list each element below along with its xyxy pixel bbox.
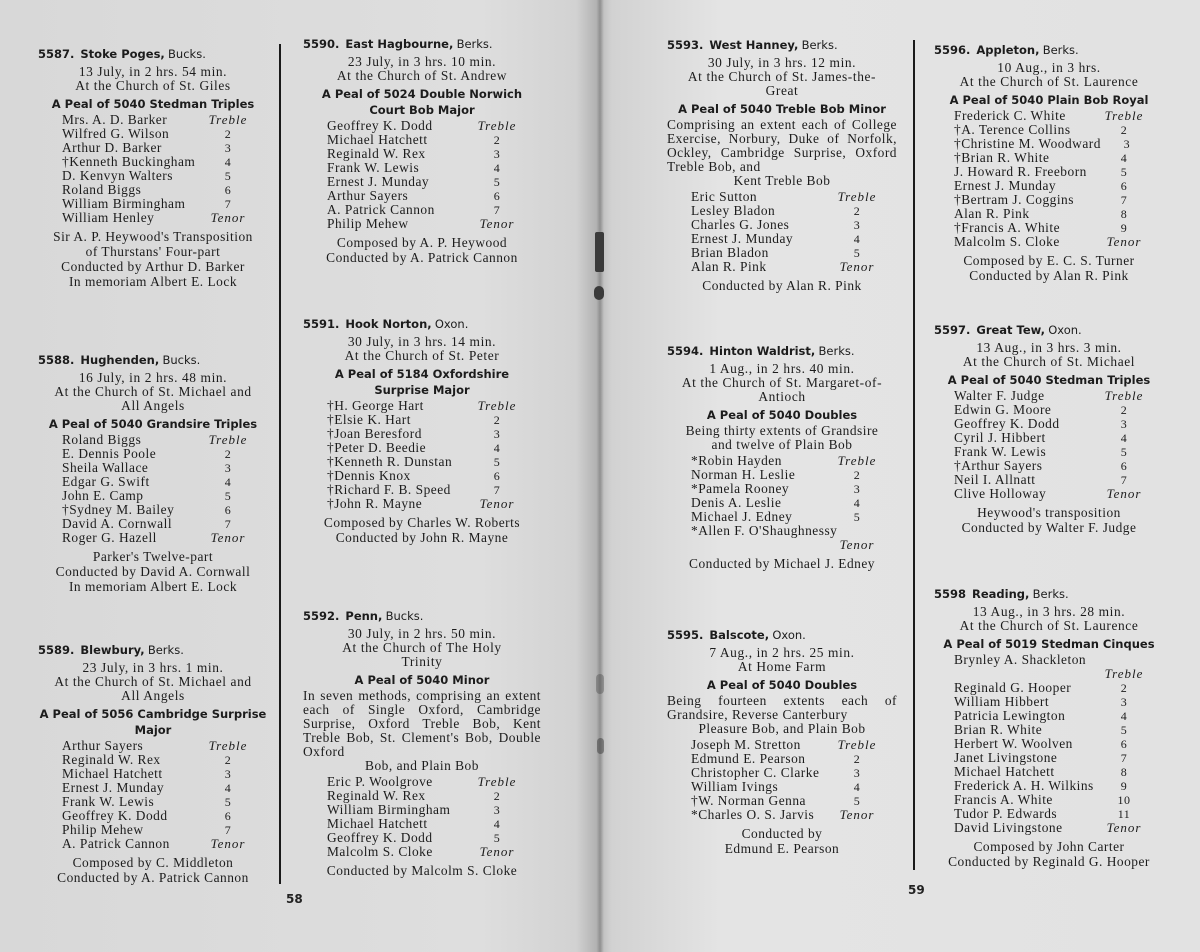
- ringer-name: Geoffrey K. Dodd: [327, 831, 433, 845]
- ringer-name: Eric P. Woolgrove: [327, 775, 433, 789]
- ringer-row: Philip Mehew7: [62, 823, 254, 837]
- ringer-list: Brynley A. ShackletonTrebleReginald G. H…: [934, 653, 1164, 835]
- ringer-row: Reginald G. Hooper2: [954, 681, 1150, 695]
- ringer-row: J. Howard R. Freeborn5: [954, 165, 1150, 179]
- bell-position: 5: [831, 794, 883, 808]
- peal-number: 5593.: [667, 38, 703, 52]
- ringer-row: Cyril J. Hibbert4: [954, 431, 1150, 445]
- place-name: Stoke Poges,: [80, 47, 164, 61]
- entry-header: 5595.Balscote, Oxon.: [667, 627, 897, 643]
- county-name: Berks.: [802, 38, 838, 52]
- bell-position: Tenor: [831, 808, 883, 822]
- ringer-row: John E. Camp5: [62, 489, 254, 503]
- county-name: Berks.: [457, 37, 493, 51]
- ringer-row: †John R. MayneTenor: [327, 497, 523, 511]
- bell-position: 6: [1098, 459, 1150, 473]
- ringer-row: Michael Hatchett4: [327, 817, 523, 831]
- peal-entry-5592: 5592.Penn, Bucks.30 July, in 2 hrs. 50 m…: [303, 608, 541, 878]
- ringer-name: †Brian R. White: [954, 151, 1049, 165]
- ringer-row: Michael J. Edney5: [691, 510, 883, 524]
- entry-note: Conducted by A. Patrick Cannon: [38, 870, 268, 885]
- ringer-name: †H. George Hart: [327, 399, 424, 413]
- ringer-row: Clive HollowayTenor: [954, 487, 1150, 501]
- ringer-row: Brian Bladon5: [691, 246, 883, 260]
- ringer-row: Francis A. White10: [954, 793, 1150, 807]
- ringer-name: †Arthur Sayers: [954, 459, 1042, 473]
- entry-note: Conducted by A. Patrick Cannon: [303, 250, 541, 265]
- entry-note: Edmund E. Pearson: [667, 841, 897, 856]
- ringer-row: Roland BiggsTreble: [62, 433, 254, 447]
- bell-position: Tenor: [202, 837, 254, 851]
- bell-position: 4: [831, 496, 883, 510]
- peal-title: A Peal of 5040 Doubles: [667, 408, 897, 422]
- bell-position: 2: [202, 447, 254, 461]
- date-duration: 30 July, in 3 hrs. 12 min.: [667, 56, 897, 70]
- bell-position: Tenor: [471, 217, 523, 231]
- entry-note: Conducted by Reginald G. Hooper: [934, 854, 1164, 869]
- ringer-name: Edwin G. Moore: [954, 403, 1051, 417]
- date-duration: 13 Aug., in 3 hrs. 3 min.: [934, 341, 1164, 355]
- bell-position: 3: [202, 767, 254, 781]
- ringer-name: Ernest J. Munday: [691, 232, 793, 246]
- ringer-name: Arthur D. Barker: [62, 141, 162, 155]
- peal-entry-5594: 5594.Hinton Waldrist, Berks.1 Aug., in 2…: [667, 343, 897, 571]
- ringer-row: Reginald W. Rex2: [327, 789, 523, 803]
- ringer-name: Geoffrey K. Dodd: [954, 417, 1060, 431]
- bell-position: 2: [471, 413, 523, 427]
- place-name: Great Tew,: [976, 323, 1045, 337]
- bell-position: 7: [1098, 193, 1150, 207]
- county-name: Oxon.: [772, 628, 805, 642]
- bell-position: Treble: [1098, 109, 1150, 123]
- entry-note: of Thurstans' Four-part: [38, 244, 268, 259]
- place-name: Penn,: [345, 609, 382, 623]
- bell-position: 5: [202, 169, 254, 183]
- entry-note: In memoriam Albert E. Lock: [38, 274, 268, 289]
- ringer-name: Reginald G. Hooper: [954, 681, 1071, 695]
- entry-note: Conducted by Alan R. Pink: [667, 278, 897, 293]
- ringer-row: Wilfred G. Wilson2: [62, 127, 254, 141]
- binding-staple: [595, 232, 604, 272]
- ringer-row: Frank W. Lewis5: [954, 445, 1150, 459]
- bell-position: 7: [1098, 751, 1150, 765]
- bell-position: 3: [831, 218, 883, 232]
- entry-note: Heywood's transposition: [934, 505, 1164, 520]
- ringer-name: Walter F. Judge: [954, 389, 1045, 403]
- peal-entry-5591: 5591.Hook Norton, Oxon.30 July, in 3 hrs…: [303, 316, 541, 545]
- ringer-name: William Birmingham: [327, 803, 450, 817]
- church-line: At the Church of St. Laurence: [934, 619, 1164, 633]
- entry-note: Conducted by Alan R. Pink: [934, 268, 1164, 283]
- ringer-row: Geoffrey K. DoddTreble: [327, 119, 523, 133]
- county-name: Berks.: [148, 643, 184, 657]
- ringer-row: †Peter D. Beedie4: [327, 441, 523, 455]
- entry-note: Conducted by David A. Cornwall: [38, 564, 268, 579]
- peal-number: 5588.: [38, 353, 74, 367]
- method-description: In seven methods, comprising an extent e…: [303, 689, 541, 773]
- date-duration: 1 Aug., in 2 hrs. 40 min.: [667, 362, 897, 376]
- entry-note: Composed by E. C. S. Turner: [934, 253, 1164, 268]
- bell-position: Treble: [471, 775, 523, 789]
- ringer-list: Eric SuttonTrebleLesley Bladon2Charles G…: [667, 190, 897, 274]
- description-line: Being thirty extents of Grandsire: [667, 424, 897, 438]
- entry-note: Parker's Twelve-part: [38, 549, 268, 564]
- ringer-list: Walter F. JudgeTrebleEdwin G. Moore2Geof…: [934, 389, 1164, 501]
- bell-position: 9: [1098, 779, 1150, 793]
- description-line: Pleasure Bob, and Plain Bob: [667, 722, 897, 736]
- ringer-name: †Joan Beresford: [327, 427, 422, 441]
- bell-position: Treble: [831, 454, 883, 468]
- ringer-name: Neil I. Allnatt: [954, 473, 1036, 487]
- place-name: Blewbury,: [80, 643, 144, 657]
- ringer-name: †Peter D. Beedie: [327, 441, 426, 455]
- peal-entry-5595: 5595.Balscote, Oxon.7 Aug., in 2 hrs. 25…: [667, 627, 897, 856]
- ringer-row: Patricia Lewington4: [954, 709, 1150, 723]
- bell-position: 6: [1098, 737, 1150, 751]
- ringer-name: Brian R. White: [954, 723, 1042, 737]
- bell-position: Tenor: [831, 260, 883, 274]
- ringer-name: David A. Cornwall: [62, 517, 172, 531]
- bell-position: Tenor: [1098, 821, 1150, 835]
- ringer-name: Michael Hatchett: [62, 767, 163, 781]
- peal-title: A Peal of 5019 Stedman Cinques: [934, 637, 1164, 651]
- bell-position: 5: [831, 510, 883, 524]
- binding-mark: [596, 674, 604, 694]
- ringer-name: Michael Hatchett: [327, 133, 428, 147]
- ringer-row: †Kenneth Buckingham4: [62, 155, 254, 169]
- date-duration: 16 July, in 2 hrs. 48 min.: [38, 371, 268, 385]
- bell-position: Treble: [831, 190, 883, 204]
- description-line: and twelve of Plain Bob: [667, 438, 897, 452]
- ringer-row: Frederick C. WhiteTreble: [954, 109, 1150, 123]
- bell-position: [837, 524, 889, 538]
- ringer-name: †Kenneth Buckingham: [62, 155, 195, 169]
- peal-entry-5597: 5597.Great Tew, Oxon.13 Aug., in 3 hrs. …: [934, 322, 1164, 535]
- ringer-row: William Birmingham7: [62, 197, 254, 211]
- date-duration: 7 Aug., in 2 hrs. 25 min.: [667, 646, 897, 660]
- church-line: At the Church of St. Michael and: [38, 385, 268, 399]
- ringer-row: Frank W. Lewis4: [327, 161, 523, 175]
- ringer-row: Reginald W. Rex2: [62, 753, 254, 767]
- ringer-row: *Robin HaydenTreble: [691, 454, 883, 468]
- peal-entry-5589: 5589.Blewbury, Berks.23 July, in 3 hrs. …: [38, 642, 268, 885]
- ringer-row: †Christine M. Woodward3: [954, 137, 1150, 151]
- bell-position: 2: [1098, 123, 1150, 137]
- ringer-name: †John R. Mayne: [327, 497, 422, 511]
- bell-position: 3: [471, 147, 523, 161]
- ringer-row: Ernest J. Munday6: [954, 179, 1150, 193]
- bell-position: Tenor: [202, 211, 254, 225]
- ringer-name: Lesley Bladon: [691, 204, 775, 218]
- bell-position: 4: [202, 475, 254, 489]
- ringer-name: Michael J. Edney: [691, 510, 792, 524]
- county-name: Bucks.: [162, 353, 200, 367]
- ringer-name: †Elsie K. Hart: [327, 413, 411, 427]
- bell-position: 3: [202, 141, 254, 155]
- ringer-row: Edwin G. Moore2: [954, 403, 1150, 417]
- entry-note: Conducted by Malcolm S. Cloke: [303, 863, 541, 878]
- page-number-left: 58: [286, 892, 303, 906]
- ringer-row: Neil I. Allnatt7: [954, 473, 1150, 487]
- bell-position: Treble: [202, 739, 254, 753]
- ringer-row: Edmund E. Pearson2: [691, 752, 883, 766]
- ringer-name: Patricia Lewington: [954, 709, 1065, 723]
- entry-header: 5590.East Hagbourne, Berks.: [303, 36, 541, 52]
- ringer-name: David Livingstone: [954, 821, 1063, 835]
- ringer-name: Brynley A. Shackleton: [954, 653, 1086, 667]
- ringer-row: Arthur D. Barker3: [62, 141, 254, 155]
- peal-number: 5596.: [934, 43, 970, 57]
- peal-title: A Peal of 5056 Cambridge Surprise: [38, 707, 268, 721]
- bell-position: 7: [202, 517, 254, 531]
- bell-position: 4: [471, 817, 523, 831]
- peal-entry-5593: 5593.West Hanney, Berks.30 July, in 3 hr…: [667, 37, 897, 293]
- bell-position: 2: [831, 752, 883, 766]
- ringer-row: Philip MehewTenor: [327, 217, 523, 231]
- bell-position: Tenor: [471, 845, 523, 859]
- ringer-name: Norman H. Leslie: [691, 468, 795, 482]
- ringer-name: Wilfred G. Wilson: [62, 127, 169, 141]
- bell-position: 4: [202, 155, 254, 169]
- description-line: In seven methods, comprising an extent e…: [303, 689, 541, 759]
- ringer-row: Sheila Wallace3: [62, 461, 254, 475]
- ringer-row: Eric SuttonTreble: [691, 190, 883, 204]
- church-line: Trinity: [303, 655, 541, 669]
- entry-header: 5596.Appleton, Berks.: [934, 42, 1164, 58]
- entry-note: Conducted by John R. Mayne: [303, 530, 541, 545]
- ringer-row: Geoffrey K. Dodd6: [62, 809, 254, 823]
- ringer-name: †Kenneth R. Dunstan: [327, 455, 452, 469]
- bell-position: 5: [471, 175, 523, 189]
- ringer-row: Lesley Bladon2: [691, 204, 883, 218]
- ringer-row: Arthur SayersTreble: [62, 739, 254, 753]
- ringer-row: †Brian R. White4: [954, 151, 1150, 165]
- ringer-name: Charles G. Jones: [691, 218, 789, 232]
- ringer-list: †H. George HartTreble†Elsie K. Hart2†Joa…: [303, 399, 541, 511]
- church-line: At the Church of The Holy: [303, 641, 541, 655]
- ringer-name: Geoffrey K. Dodd: [327, 119, 433, 133]
- ringer-row: Malcolm S. ClokeTenor: [954, 235, 1150, 249]
- ringer-name: *Pamela Rooney: [691, 482, 789, 496]
- bell-position: [1098, 653, 1150, 667]
- church-line: Antioch: [667, 390, 897, 404]
- ringer-row: †Francis A. White9: [954, 221, 1150, 235]
- bell-position: 6: [202, 809, 254, 823]
- binding-mark: [597, 738, 604, 754]
- place-name: Appleton,: [976, 43, 1039, 57]
- peal-entry-5596: 5596.Appleton, Berks.10 Aug., in 3 hrs.A…: [934, 42, 1164, 283]
- entry-header: 5594.Hinton Waldrist, Berks.: [667, 343, 897, 359]
- ringer-name: †Christine M. Woodward: [954, 137, 1101, 151]
- date-duration: 23 July, in 3 hrs. 10 min.: [303, 55, 541, 69]
- ringer-row: William Hibbert3: [954, 695, 1150, 709]
- county-name: Berks.: [819, 344, 855, 358]
- bell-position: 8: [1098, 207, 1150, 221]
- ringer-name: Malcolm S. Cloke: [327, 845, 433, 859]
- ringer-row: Charles G. Jones3: [691, 218, 883, 232]
- bell-position: 5: [1098, 723, 1150, 737]
- ringer-name: J. Howard R. Freeborn: [954, 165, 1087, 179]
- bell-position: 4: [1098, 709, 1150, 723]
- ringer-row: †Richard F. B. Speed7: [327, 483, 523, 497]
- ringer-name: *Charles O. S. Jarvis: [691, 808, 814, 822]
- entry-note: Conducted by: [667, 826, 897, 841]
- entry-header: 5589.Blewbury, Berks.: [38, 642, 268, 658]
- bell-position: 5: [471, 831, 523, 845]
- bell-position: 7: [202, 197, 254, 211]
- entry-note: Composed by John Carter: [934, 839, 1164, 854]
- bell-position: 2: [202, 753, 254, 767]
- ringer-name: Frederick C. White: [954, 109, 1066, 123]
- ringer-list: Arthur SayersTrebleReginald W. Rex2Micha…: [38, 739, 268, 851]
- bell-position: 5: [1098, 165, 1150, 179]
- ringer-name: Roland Biggs: [62, 433, 141, 447]
- bell-position: 4: [202, 781, 254, 795]
- ringer-row: †Arthur Sayers6: [954, 459, 1150, 473]
- ringer-row: †Dennis Knox6: [327, 469, 523, 483]
- entry-header: 5592.Penn, Bucks.: [303, 608, 541, 624]
- peal-title: A Peal of 5024 Double Norwich: [303, 87, 541, 101]
- peal-number: 5598: [934, 587, 966, 601]
- church-line: At the Church of St. Giles: [38, 79, 268, 93]
- ringer-name: Frank W. Lewis: [327, 161, 419, 175]
- entry-header: 5587.Stoke Poges, Bucks.: [38, 46, 268, 62]
- peal-entry-5598: 5598Reading, Berks.13 Aug., in 3 hrs. 28…: [934, 586, 1164, 869]
- ringer-name: Cyril J. Hibbert: [954, 431, 1046, 445]
- bell-position: 7: [471, 203, 523, 217]
- ringer-row: *Allen F. O'Shaughnessy: [691, 524, 883, 538]
- peal-title: A Peal of 5040 Stedman Triples: [934, 373, 1164, 387]
- date-duration: 13 July, in 2 hrs. 54 min.: [38, 65, 268, 79]
- ringer-name: †Dennis Knox: [327, 469, 411, 483]
- ringer-name: Frank W. Lewis: [954, 445, 1046, 459]
- ringer-name: William Birmingham: [62, 197, 185, 211]
- ringer-row: †Joan Beresford3: [327, 427, 523, 441]
- ringer-row: †H. George HartTreble: [327, 399, 523, 413]
- ringer-row: Roger G. HazellTenor: [62, 531, 254, 545]
- binding-staple: [594, 286, 604, 300]
- ringer-row: A. Patrick Cannon7: [327, 203, 523, 217]
- ringer-name: †A. Terence Collins: [954, 123, 1071, 137]
- ringer-row: Frank W. Lewis5: [62, 795, 254, 809]
- peal-number: 5595.: [667, 628, 703, 642]
- ringer-name: Francis A. White: [954, 793, 1053, 807]
- method-description: Comprising an extent each of College Exe…: [667, 118, 897, 188]
- bell-position: 6: [202, 183, 254, 197]
- ringer-name: E. Dennis Poole: [62, 447, 156, 461]
- ringer-name: Alan R. Pink: [691, 260, 767, 274]
- entry-note: Conducted by Walter F. Judge: [934, 520, 1164, 535]
- entry-note: Composed by A. P. Heywood: [303, 235, 541, 250]
- ringer-row: †Sydney M. Bailey6: [62, 503, 254, 517]
- place-name: East Hagbourne,: [345, 37, 453, 51]
- ringer-row: Brynley A. Shackleton: [954, 653, 1150, 667]
- church-line: All Angels: [38, 689, 268, 703]
- ringer-list: Geoffrey K. DoddTrebleMichael Hatchett2R…: [303, 119, 541, 231]
- place-name: West Hanney,: [709, 38, 798, 52]
- ringer-row: Ernest J. Munday5: [327, 175, 523, 189]
- ringer-row: Tudor P. Edwards11: [954, 807, 1150, 821]
- date-duration: 13 Aug., in 3 hrs. 28 min.: [934, 605, 1164, 619]
- peal-title: A Peal of 5040 Grandsire Triples: [38, 417, 268, 431]
- ringer-row: †Bertram J. Coggins7: [954, 193, 1150, 207]
- ringer-name: Tudor P. Edwards: [954, 807, 1057, 821]
- ringer-row: Malcolm S. ClokeTenor: [327, 845, 523, 859]
- bell-position: 4: [471, 161, 523, 175]
- county-name: Bucks.: [386, 609, 424, 623]
- date-duration: 30 July, in 2 hrs. 50 min.: [303, 627, 541, 641]
- church-line: All Angels: [38, 399, 268, 413]
- ringer-row: David LivingstoneTenor: [954, 821, 1150, 835]
- entry-note: Composed by C. Middleton: [38, 855, 268, 870]
- bell-position: 4: [831, 780, 883, 794]
- entry-note: Conducted by Arthur D. Barker: [38, 259, 268, 274]
- ringer-name: Ernest J. Munday: [327, 175, 429, 189]
- ringer-row: Michael Hatchett8: [954, 765, 1150, 779]
- peal-entry-5588: 5588.Hughenden, Bucks.16 July, in 2 hrs.…: [38, 352, 268, 594]
- bell-position: 2: [1098, 403, 1150, 417]
- bell-position: 3: [831, 766, 883, 780]
- entry-note: In memoriam Albert E. Lock: [38, 579, 268, 594]
- ringer-row: Norman H. Leslie2: [691, 468, 883, 482]
- bell-position: 2: [471, 789, 523, 803]
- ringer-name: Ernest J. Munday: [954, 179, 1056, 193]
- ringer-name: Roland Biggs: [62, 183, 141, 197]
- bell-position: 5: [202, 489, 254, 503]
- peal-number: 5591.: [303, 317, 339, 331]
- bell-position: 4: [471, 441, 523, 455]
- ringer-list: Mrs. A. D. BarkerTrebleWilfred G. Wilson…: [38, 113, 268, 225]
- ringer-name: Ernest J. Munday: [62, 781, 164, 795]
- ringer-name: Frederick A. H. Wilkins: [954, 779, 1094, 793]
- peal-title: A Peal of 5040 Plain Bob Royal: [934, 93, 1164, 107]
- bell-position: 3: [471, 427, 523, 441]
- bell-position: 7: [202, 823, 254, 837]
- bell-position: 5: [831, 246, 883, 260]
- ringer-name: Christopher C. Clarke: [691, 766, 819, 780]
- ringer-list: Joseph M. StrettonTrebleEdmund E. Pearso…: [667, 738, 897, 822]
- church-line: At Home Farm: [667, 660, 897, 674]
- ringer-row: Michael Hatchett3: [62, 767, 254, 781]
- ringer-row: Herbert W. Woolven6: [954, 737, 1150, 751]
- ringer-row: E. Dennis Poole2: [62, 447, 254, 461]
- peal-number: 5589.: [38, 643, 74, 657]
- bell-position: 8: [1098, 765, 1150, 779]
- bell-position: Tenor: [831, 538, 883, 552]
- ringer-name: William Hibbert: [954, 695, 1049, 709]
- bell-position: 7: [1098, 473, 1150, 487]
- place-name: Hughenden,: [80, 353, 159, 367]
- ringer-name: Arthur Sayers: [327, 189, 408, 203]
- bell-position: 6: [1098, 179, 1150, 193]
- column-rule-right-page: [913, 40, 915, 870]
- book-spread: 5587.Stoke Poges, Bucks.13 July, in 2 hr…: [0, 0, 1200, 952]
- ringer-row: William Ivings4: [691, 780, 883, 794]
- ringer-name: Mrs. A. D. Barker: [62, 113, 167, 127]
- bell-position: 2: [202, 127, 254, 141]
- ringer-name: D. Kenvyn Walters: [62, 169, 173, 183]
- ringer-row: Joseph M. StrettonTreble: [691, 738, 883, 752]
- ringer-name: Herbert W. Woolven: [954, 737, 1073, 751]
- ringer-row: Geoffrey K. Dodd5: [327, 831, 523, 845]
- peal-title: Court Bob Major: [303, 103, 541, 117]
- ringer-name: Geoffrey K. Dodd: [62, 809, 168, 823]
- peal-title: Major: [38, 723, 268, 737]
- page-number-right: 59: [908, 883, 925, 897]
- ringer-name: William Henley: [62, 211, 154, 225]
- ringer-name: A. Patrick Cannon: [327, 203, 435, 217]
- church-line: At the Church of St. Michael: [934, 355, 1164, 369]
